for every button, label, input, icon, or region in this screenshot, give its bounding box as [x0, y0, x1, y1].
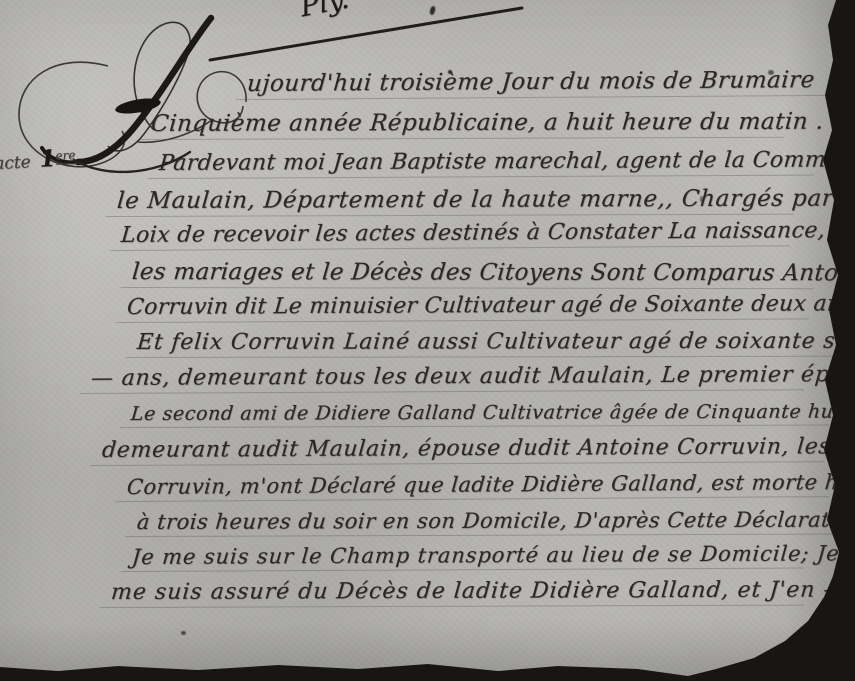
manuscript-line: Je me suis sur le Champ transporté au li…: [131, 542, 802, 569]
manuscript-line: le Maulain, Département de la haute marn…: [116, 187, 792, 215]
paper-bottom-shadow: [0, 621, 855, 681]
manuscript-line: Le second ami de Didiere Galland Cultiva…: [130, 402, 827, 425]
manuscript-line: Corruvin, m'ont Déclaré que ladite Didiè…: [126, 471, 827, 499]
margin-note-word: acte: [0, 152, 31, 174]
manuscript-line: les mariages et le Décès des Citoyens So…: [131, 260, 812, 286]
manuscript-line: Pardevant moi Jean Baptiste marechal, ag…: [158, 149, 812, 177]
manuscript-line: me suis assuré du Décès de ladite Didièr…: [110, 579, 802, 606]
ink-speck: [181, 631, 186, 635]
ink-speck: [768, 70, 774, 75]
ink-speck: [448, 70, 452, 74]
manuscript-paper: Ply. acte1ere ujourd'hui troisième Jour …: [0, 0, 855, 681]
photo-background: Ply. acte1ere ujourd'hui troisième Jour …: [0, 0, 855, 681]
manuscript-line: Corruvin dit Le minuisier Cultivateur ag…: [126, 292, 807, 320]
manuscript-line: ujourd'hui troisième Jour du mois de Bru…: [246, 68, 830, 97]
margin-note-suffix: ere: [55, 148, 76, 165]
manuscript-line: à trois heures du soir en son Domicile, …: [136, 509, 837, 535]
manuscript-line: Loix de recevoir les actes destinés à Co…: [120, 219, 787, 248]
manuscript-line: Et felix Corruvin Lainé aussi Cultivateu…: [136, 330, 837, 355]
manuscript-line: — ans, demeurant tous les deux audit Mau…: [90, 363, 802, 391]
manuscript-line: demeurant audit Maulain, épouse dudit An…: [101, 435, 822, 463]
margin-note-number: 1: [39, 145, 56, 173]
manuscript-line: Cinquième année Républicaine, a huit heu…: [150, 110, 782, 137]
margin-note: acte1ere: [0, 144, 76, 175]
